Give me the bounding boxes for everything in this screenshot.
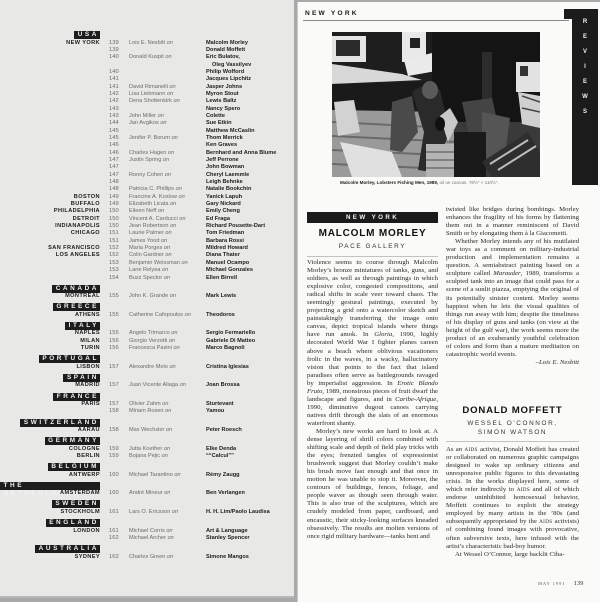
toc-city: SYDNEY — [75, 554, 100, 561]
toc-page-number: 147 — [109, 164, 119, 171]
country-badge: PORTUGAL — [39, 355, 100, 363]
toc-artist: Richard Pousette-Dart — [206, 223, 265, 230]
toc-entry[interactable]: Oleg Vassilyev — [0, 62, 294, 69]
review-byline: –Lois E. Nesbitt — [446, 359, 579, 367]
toc-entry[interactable]: SYDNEY162Charles Green onSimone Mangos — [0, 554, 294, 561]
toc-page-number: 162 — [109, 554, 119, 561]
country-heading-row: PORTUGAL — [0, 354, 294, 364]
reviews-side-tab: REVIEWS — [572, 9, 598, 185]
toc-entry[interactable]: BERLIN159Bojana Pejic on““Calcul”” — [0, 453, 294, 460]
toc-artist: Sturtevant — [206, 401, 234, 408]
divider-rule — [446, 441, 579, 442]
country-badge: CANADA — [52, 285, 100, 293]
toc-entry[interactable]: 139Donald Moffett — [0, 47, 294, 54]
toc-entry[interactable]: 158Miriam Rosen onYamou — [0, 408, 294, 415]
toc-page-number: 147 — [109, 157, 119, 164]
country-heading-row: THE NETHERLANDS — [0, 481, 294, 491]
toc-page-number: 148 — [109, 186, 119, 193]
toc-city: BOSTON — [74, 194, 100, 201]
toc-author: Lois E. Nesbitt on — [129, 40, 173, 47]
toc-author: Justin Spring on — [129, 157, 169, 164]
tab-letter: S — [572, 105, 598, 120]
toc-page-number: 140 — [109, 69, 119, 76]
toc-artist: Marco Bagnoli — [206, 345, 245, 352]
left-page-contents: USANEW YORK139Lois E. Nesbitt onMalcolm … — [0, 0, 294, 598]
review-title-malcolm-morley: MALCOLM MORLEY — [307, 228, 438, 239]
caption-medium: oil on canvas, 78½″ × 110½″. — [439, 180, 498, 185]
toc-entry[interactable]: 153Lane Relyea onMichael Gonzales — [0, 267, 294, 274]
toc-artist: Nancy Spero — [206, 106, 240, 113]
country-heading-row: USA — [0, 30, 294, 40]
toc-page-number: 140 — [109, 54, 119, 61]
toc-author: Ronny Cohen on — [129, 172, 171, 179]
toc-artist: Simone Mangos — [206, 554, 249, 561]
header-rule — [303, 20, 569, 21]
toc-page-number: 156 — [109, 345, 119, 352]
toc-artist: Ed Fraga — [206, 216, 230, 223]
toc-page-number: 157 — [109, 401, 119, 408]
toc-page-number: 148 — [109, 179, 119, 186]
toc-city: STOCKHOLM — [60, 509, 100, 516]
country-heading-row: CANADA — [0, 284, 294, 294]
country-heading-row: GREECE — [0, 302, 294, 312]
toc-page-number: 146 — [109, 142, 119, 149]
toc-page-number: 155 — [109, 312, 119, 319]
toc-page-number: 143 — [109, 106, 119, 113]
toc-artist: Mark Lewis — [206, 293, 236, 300]
toc-page-number: 141 — [109, 76, 119, 83]
toc-entry[interactable]: 147Justin Spring onJeff Perrone — [0, 157, 294, 164]
toc-author: Angelo Trimarco on — [129, 330, 178, 337]
toc-entry[interactable]: MILAN156Giorgio Verzotti onGabriele Di M… — [0, 338, 294, 345]
toc-page-number: 139 — [109, 40, 119, 47]
toc-page-number: 152 — [109, 252, 119, 259]
issue-date: MAY 1991 — [538, 581, 566, 586]
toc-entry[interactable]: LISBON157Alexandre Melo onCristina Igles… — [0, 364, 294, 371]
toc-author: David Rimanelli on — [129, 84, 176, 91]
toc-city: BERLIN — [77, 453, 100, 460]
toc-page-number: 145 — [109, 128, 119, 135]
reviews-index: USANEW YORK139Lois E. Nesbitt onMalcolm … — [0, 30, 294, 563]
toc-artist: Gary Nickard — [206, 201, 241, 208]
toc-author: Francesca Pasini on — [129, 345, 180, 352]
toc-city: NEW YORK — [66, 40, 100, 47]
country-badge: USA — [74, 31, 100, 39]
toc-entry[interactable]: 148Leigh Behnke — [0, 179, 294, 186]
country-heading-row: SWEDEN — [0, 499, 294, 509]
toc-entry[interactable]: 144Jan Avgikos onSue Etkin — [0, 120, 294, 127]
toc-page-number: 141 — [109, 84, 119, 91]
toc-entry[interactable]: BUFFALO149Elizabeth Licata onGary Nickar… — [0, 201, 294, 208]
toc-page-number: 146 — [109, 150, 119, 157]
toc-entry[interactable]: 151James Yood onBarbara Rossi — [0, 238, 294, 245]
toc-author: Michael Archer on — [129, 535, 174, 542]
toc-page-number: 149 — [109, 201, 119, 208]
toc-author: Eileen Neff on — [129, 208, 164, 215]
toc-artist: Ben Verlangen — [206, 490, 245, 497]
toc-city: MILAN — [80, 338, 100, 345]
page-folio: MAY 1991139 — [538, 580, 583, 587]
toc-entry[interactable]: 140Donald Kuspit onEric Bulatov, — [0, 54, 294, 61]
country-heading-row: FRANCE — [0, 392, 294, 402]
toc-entry[interactable]: 145Jenifer P. Borum onThom Merrick — [0, 135, 294, 142]
toc-entry[interactable]: AMSTERDAM160André Mineur onBen Verlangen — [0, 490, 294, 497]
toc-artist: Art & Language — [206, 528, 248, 535]
toc-entry[interactable]: AARAU158Max Wechsler onPeter Roesch — [0, 427, 294, 434]
review-paragraph: Whether Morley intends any of his mutila… — [446, 238, 579, 359]
toc-author: John K. Grande on — [129, 293, 176, 300]
toc-author: Colin Gardner on — [129, 252, 172, 259]
toc-page-number: 155 — [109, 330, 119, 337]
toc-artist: Sue Etkin — [206, 120, 232, 127]
toc-entry[interactable]: SAN FRANCISCO152Maria Porges onMildred H… — [0, 245, 294, 252]
toc-author: Laurie Palmer on — [129, 230, 172, 237]
toc-artist: Leigh Behnke — [206, 179, 243, 186]
toc-entry[interactable]: 147Ronny Cohen onCheryl Laemmle — [0, 172, 294, 179]
toc-entry[interactable]: 162Michael Archer onStanley Spencer — [0, 535, 294, 542]
toc-city: BUFFALO — [71, 201, 100, 208]
toc-artist: Sergio Fermariello — [206, 330, 255, 337]
toc-page-number: 143 — [109, 113, 119, 120]
toc-artist: Malcolm Morley — [206, 40, 248, 47]
toc-entry[interactable]: ANTWERP160Michael Tarantino onRémy Zaugg — [0, 472, 294, 479]
country-heading-row: AUSTRALIA — [0, 544, 294, 554]
toc-artist: Peter Roesch — [206, 427, 242, 434]
toc-artist: Thom Merrick — [206, 135, 243, 142]
toc-entry[interactable]: PHILADELPHIA150Eileen Neff onEmily Cheng — [0, 208, 294, 215]
toc-page-number: 139 — [109, 47, 119, 54]
toc-artist: Matthew McCaslin — [206, 128, 255, 135]
toc-entry[interactable]: 147John Bowman — [0, 164, 294, 171]
country-badge: BELGIUM — [48, 463, 100, 471]
toc-author: Max Wechsler on — [129, 427, 172, 434]
toc-artist: Elke Denda — [206, 446, 236, 453]
toc-city: LOS ANGELES — [56, 252, 100, 259]
toc-page-number: 153 — [109, 267, 119, 274]
toc-artist: Jasper Johns — [206, 84, 242, 91]
toc-author: Lane Relyea on — [129, 267, 168, 274]
toc-artist: Yanick Lapuh — [206, 194, 242, 201]
toc-author: Elizabeth Licata on — [129, 201, 176, 208]
toc-entry[interactable]: 141David Rimanelli onJasper Johns — [0, 84, 294, 91]
toc-artist: Colette — [206, 113, 225, 120]
toc-page-number: 159 — [109, 453, 119, 460]
toc-page-number: 158 — [109, 408, 119, 415]
toc-author: Charles Green on — [129, 554, 173, 561]
country-heading-row: GERMANY — [0, 436, 294, 446]
toc-city: NAPLES — [75, 330, 100, 337]
toc-author: James Yood on — [129, 238, 167, 245]
toc-page-number: 145 — [109, 135, 119, 142]
toc-city: LONDON — [73, 528, 100, 535]
toc-artist: Tom Friedman — [206, 230, 244, 237]
review-paragraph: twisted like bridges during bombings. Mo… — [446, 206, 579, 238]
toc-page-number: 158 — [109, 427, 119, 434]
toc-entry[interactable]: 143Nancy Spero — [0, 106, 294, 113]
toc-author: Donald Kuspit on — [129, 54, 172, 61]
toc-city: MONTREAL — [65, 293, 100, 300]
tab-letter: E — [572, 30, 598, 45]
toc-page-number: 160 — [109, 472, 119, 479]
toc-artist: Ellen Birrell — [206, 275, 237, 282]
toc-entry[interactable]: MADRID157Juan Vicente Aliaga onJoan Bros… — [0, 382, 294, 389]
toc-page-number: 160 — [109, 490, 119, 497]
toc-page-number: 142 — [109, 98, 119, 105]
review-2-body: As an AIDS activist, Donald Moffett has … — [446, 446, 579, 559]
country-badge: GREECE — [53, 303, 100, 311]
toc-artist: Manuel Ocampo — [206, 260, 249, 267]
toc-author: Lisa Liebmann on — [129, 91, 173, 98]
toc-page-number: 152 — [109, 245, 119, 252]
toc-entry[interactable]: 154Buzz Spector onEllen Birrell — [0, 275, 294, 282]
page-number: 139 — [574, 580, 584, 587]
toc-artist: Michael Gonzales — [206, 267, 253, 274]
country-badge: SWEDEN — [52, 500, 100, 508]
artwork-image-lobsters-fishing-men — [332, 32, 540, 177]
toc-author: John Miller on — [129, 113, 164, 120]
toc-city: AARAU — [78, 427, 100, 434]
toc-artist: Rémy Zaugg — [206, 472, 240, 479]
toc-entry[interactable]: NEW YORK139Lois E. Nesbitt onMalcolm Mor… — [0, 40, 294, 47]
toc-author: Jean Robertson on — [129, 223, 176, 230]
country-badge: FRANCE — [53, 393, 100, 401]
toc-page-number: 151 — [109, 238, 119, 245]
toc-city: ANTWERP — [69, 472, 100, 479]
country-heading-row: ENGLAND — [0, 518, 294, 528]
toc-author: Bojana Pejic on — [129, 453, 168, 460]
country-heading-row: SPAIN — [0, 373, 294, 383]
toc-entry[interactable]: ATHENS155Catherine Cafopoulos onTheodoro… — [0, 312, 294, 319]
toc-page-number: 157 — [109, 382, 119, 389]
toc-city: INDIANAPOLIS — [55, 223, 100, 230]
divider-rule — [307, 256, 438, 257]
toc-entry[interactable]: 153Benjamin Weissman onManuel Ocampo — [0, 260, 294, 267]
toc-entry[interactable]: 142Dena Shottenkirk onLewis Baltz — [0, 98, 294, 105]
toc-entry[interactable]: INDIANAPOLIS150Jean Robertson onRichard … — [0, 223, 294, 230]
toc-author: Lars O. Ericsson on — [129, 509, 178, 516]
review-paragraph: Violence seems to course through Malcolm… — [307, 259, 438, 428]
toc-author: Catherine Cafopoulos on — [129, 312, 191, 319]
toc-entry[interactable]: 146Charles Hagen onBernhard and Anna Blu… — [0, 150, 294, 157]
country-badge: ENGLAND — [46, 519, 100, 527]
toc-artist: Stanley Spencer — [206, 535, 250, 542]
country-badge: SWITZERLAND — [20, 419, 100, 427]
tab-letter: W — [572, 90, 598, 105]
toc-page-number: 159 — [109, 446, 119, 453]
toc-author: Vincent A. Carducci on — [129, 216, 186, 223]
toc-artist: John Bowman — [206, 164, 244, 171]
toc-page-number: 144 — [109, 120, 119, 127]
toc-page-number: 153 — [109, 260, 119, 267]
toc-author: Giorgio Verzotti on — [129, 338, 175, 345]
toc-artist: Donald Moffett — [206, 47, 245, 54]
review-paragraph: At Wessel O’Connor, large backlit Ciba- — [446, 551, 579, 559]
toc-city: PARIS — [81, 401, 100, 408]
toc-artist: Theodoros — [206, 312, 235, 319]
toc-artist: Emily Cheng — [206, 208, 240, 215]
toc-author: Charles Hagen on — [129, 150, 174, 157]
country-badge: ITALY — [65, 322, 100, 330]
artwork-caption: Malcolm Morley, Lobsters Fishing Men, 19… — [340, 180, 560, 185]
toc-page-number: 150 — [109, 216, 119, 223]
toc-entry[interactable]: 143John Miller onColette — [0, 113, 294, 120]
toc-entry[interactable]: STOCKHOLM161Lars O. Ericsson onH. H. Lim… — [0, 509, 294, 516]
reviews-tab-label: REVIEWS — [572, 15, 598, 120]
toc-city: LISBON — [76, 364, 100, 371]
toc-author: Michael Tarantino on — [129, 472, 181, 479]
toc-artist: Philip Wofford — [206, 69, 244, 76]
toc-artist: Cristina Iglesias — [206, 364, 249, 371]
country-badge: SPAIN — [63, 374, 100, 382]
toc-artist: Jacques Lipchitz — [206, 76, 251, 83]
toc-entry[interactable]: PARIS157Olivier Zahm onSturtevant — [0, 401, 294, 408]
country-badge: AUSTRALIA — [35, 545, 100, 553]
painting-illustration — [332, 32, 540, 177]
toc-author: Miriam Rosen on — [129, 408, 171, 415]
toc-city: MADRID — [75, 382, 100, 389]
toc-city: ATHENS — [75, 312, 100, 319]
tab-letter: E — [572, 75, 598, 90]
review-body-col-2: twisted like bridges during bombings. Mo… — [446, 206, 579, 367]
toc-city: AMSTERDAM — [60, 490, 100, 497]
toc-page-number: 155 — [109, 293, 119, 300]
toc-entry[interactable]: DETROIT150Vincent A. Carducci onEd Fraga — [0, 216, 294, 223]
toc-artist: Joan Brossa — [206, 382, 240, 389]
toc-entry[interactable]: COLOGNE159Jutta Koether onElke Denda — [0, 446, 294, 453]
toc-author: Jutta Koether on — [129, 446, 170, 453]
tab-letter: V — [572, 45, 598, 60]
toc-artist: Myron Stout — [206, 91, 239, 98]
review-body-col-1: Violence seems to course through Malcolm… — [307, 259, 438, 541]
toc-page-number: 157 — [109, 364, 119, 371]
toc-page-number: 161 — [109, 509, 119, 516]
toc-entry[interactable]: 146Ken Graves — [0, 142, 294, 149]
toc-author: Benjamin Weissman on — [129, 260, 188, 267]
toc-author: Buzz Spector on — [129, 275, 170, 282]
tab-letter: R — [572, 15, 598, 30]
section-label-new-york: NEW YORK — [307, 212, 438, 223]
toc-artist: Ken Graves — [206, 142, 237, 149]
toc-artist: Gabriele Di Matteo — [206, 338, 255, 345]
toc-artist: Yamou — [206, 408, 224, 415]
country-badge: GERMANY — [45, 437, 100, 445]
toc-entry[interactable]: BOSTON149Francine A. Koslow onYanick Lap… — [0, 194, 294, 201]
toc-entry[interactable]: TURIN156Francesca Pasini onMarco Bagnoli — [0, 345, 294, 352]
toc-entry[interactable]: 140Philip Wofford — [0, 69, 294, 76]
toc-entry[interactable]: NAPLES155Angelo Trimarco onSergio Fermar… — [0, 330, 294, 337]
toc-author: Alexandre Melo on — [129, 364, 176, 371]
toc-author: André Mineur on — [129, 490, 170, 497]
toc-artist: ““Calcul”” — [206, 453, 234, 460]
toc-entry[interactable]: CHICAGO151Laurie Palmer onTom Friedman — [0, 230, 294, 237]
toc-page-number: 161 — [109, 528, 119, 535]
review-venue-line-2: SIMON WATSON — [446, 429, 579, 436]
toc-page-number: 154 — [109, 275, 119, 282]
toc-artist: Oleg Vassilyev — [212, 62, 251, 69]
toc-author: Maria Porges on — [129, 245, 170, 252]
toc-entry[interactable]: LONDON161Michael Corris onArt & Language — [0, 528, 294, 535]
toc-author: Patricia C. Phillips on — [129, 186, 182, 193]
toc-city: SAN FRANCISCO — [48, 245, 100, 252]
review-venue-line-1: WESSEL O’CONNOR, — [446, 420, 579, 427]
toc-page-number: 149 — [109, 194, 119, 201]
toc-city: CHICAGO — [71, 230, 100, 237]
toc-author: Michael Corris on — [129, 528, 173, 535]
toc-artist: Eric Bulatov, — [206, 54, 240, 61]
toc-author: Jenifer P. Borum on — [129, 135, 178, 142]
review-title-donald-moffett: DONALD MOFFETT — [446, 405, 579, 416]
toc-city: DETROIT — [73, 216, 100, 223]
toc-artist: Bernhard and Anna Blume — [206, 150, 276, 157]
toc-artist: H. H. Lim/Paolo Laudisa — [206, 509, 270, 516]
toc-page-number: 150 — [109, 208, 119, 215]
toc-entry[interactable]: 145Matthew McCaslin — [0, 128, 294, 135]
caption-title: Malcolm Morley, Lobsters Fishing Men, 19… — [340, 180, 438, 185]
toc-page-number: 147 — [109, 172, 119, 179]
toc-author: Jan Avgikos on — [129, 120, 167, 127]
running-head: NEW YORK — [305, 10, 359, 17]
toc-page-number: 151 — [109, 230, 119, 237]
toc-page-number: 156 — [109, 338, 119, 345]
toc-artist: Diana Thater — [206, 252, 240, 259]
review-paragraph: As an AIDS activist, Donald Moffett has … — [446, 446, 579, 551]
review-paragraph: Morley’s new works are hard to look at. … — [307, 428, 438, 541]
country-heading-row: BELGIUM — [0, 462, 294, 472]
toc-artist: Lewis Baltz — [206, 98, 236, 105]
toc-entry[interactable]: 141Jacques Lipchitz — [0, 76, 294, 83]
toc-artist: Mildred Howard — [206, 245, 248, 252]
toc-author: Francine A. Koslow on — [129, 194, 185, 201]
toc-author: Juan Vicente Aliaga on — [129, 382, 186, 389]
toc-artist: Jeff Perrone — [206, 157, 239, 164]
toc-entry[interactable]: 148Patricia C. Phillips onNatalie Bookch… — [0, 186, 294, 193]
toc-artist: Natalie Bookchin — [206, 186, 251, 193]
magazine-spread: USANEW YORK139Lois E. Nesbitt onMalcolm … — [0, 0, 600, 602]
toc-city: TURIN — [81, 345, 100, 352]
toc-city: COLOGNE — [69, 446, 100, 453]
tab-letter: I — [572, 60, 598, 75]
toc-artist: Cheryl Laemmle — [206, 172, 249, 179]
toc-page-number: 162 — [109, 535, 119, 542]
toc-page-number: 142 — [109, 91, 119, 98]
toc-author: Dena Shottenkirk on — [129, 98, 180, 105]
toc-entry[interactable]: 142Lisa Liebmann onMyron Stout — [0, 91, 294, 98]
toc-city: PHILADELPHIA — [54, 208, 100, 215]
toc-entry[interactable]: LOS ANGELES152Colin Gardner onDiana That… — [0, 252, 294, 259]
toc-page-number: 150 — [109, 223, 119, 230]
country-heading-row: SWITZERLAND — [0, 418, 294, 428]
country-heading-row: ITALY — [0, 321, 294, 331]
toc-author: Olivier Zahm on — [129, 401, 169, 408]
toc-artist: Barbara Rossi — [206, 238, 244, 245]
country-badge: THE NETHERLANDS — [0, 482, 100, 490]
toc-entry[interactable]: MONTREAL155John K. Grande onMark Lewis — [0, 293, 294, 300]
review-venue-pace-gallery: PACE GALLERY — [307, 243, 438, 250]
